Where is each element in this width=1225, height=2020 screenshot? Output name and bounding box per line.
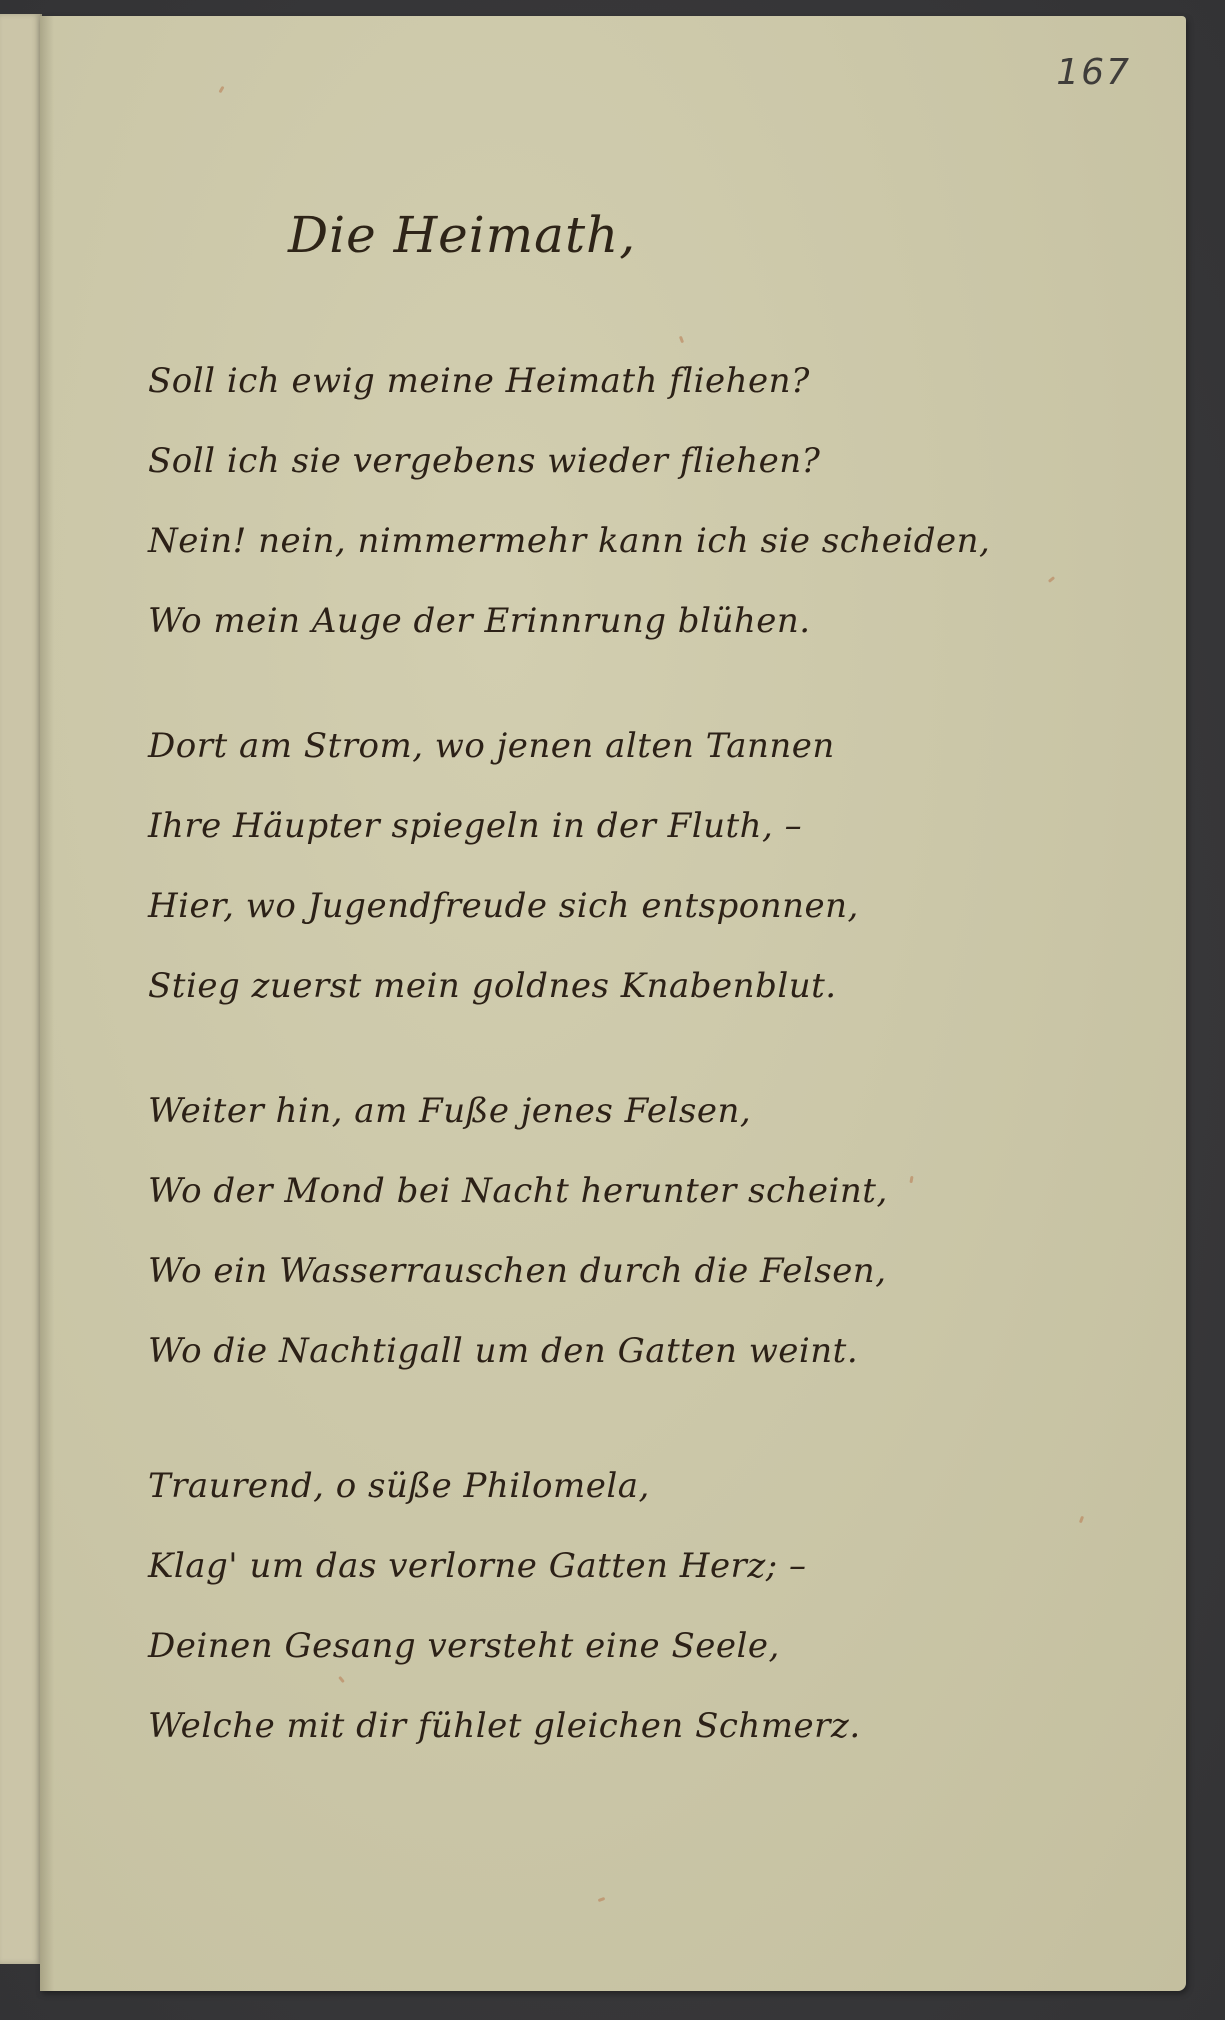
manuscript-page: 167 Die Heimath, Soll ich ewig meine Hei… <box>40 16 1186 1991</box>
stanza-2: Dort am Strom, wo jenen alten Tannen Ihr… <box>148 706 859 1026</box>
verse-line: Traurend, o süße Philomela, <box>148 1446 861 1526</box>
verse-line: Nein! nein, nimmermehr kann ich sie sche… <box>148 501 990 581</box>
stanza-3: Weiter hin, am Fuße jenes Felsen, Wo der… <box>148 1071 888 1391</box>
verse-line: Stieg zuerst mein goldnes Knabenblut. <box>148 946 859 1026</box>
facing-page-edge <box>0 14 42 1964</box>
stanza-1: Soll ich ewig meine Heimath fliehen? Sol… <box>148 341 990 661</box>
paper-fleck <box>218 86 224 94</box>
poem-title: Die Heimath, <box>288 206 636 264</box>
verse-line: Hier, wo Jugendfreude sich entsponnen, <box>148 866 859 946</box>
paper-fleck <box>1079 1516 1084 1524</box>
verse-line: Wo der Mond bei Nacht herunter scheint, <box>148 1151 888 1231</box>
paper-fleck <box>1048 576 1055 583</box>
verse-line: Soll ich ewig meine Heimath fliehen? <box>148 341 990 421</box>
folio-number: 167 <box>1056 52 1131 93</box>
stanza-4: Traurend, o süße Philomela, Klag' um das… <box>148 1446 861 1766</box>
verse-line: Ihre Häupter spiegeln in der Fluth, – <box>148 786 859 866</box>
verse-line: Soll ich sie vergebens wieder fliehen? <box>148 421 990 501</box>
verse-line: Klag' um das verlorne Gatten Herz; – <box>148 1526 861 1606</box>
verse-line: Wo mein Auge der Erinnrung blühen. <box>148 581 990 661</box>
verse-line: Wo die Nachtigall um den Gatten weint. <box>148 1311 888 1391</box>
paper-fleck <box>598 1897 606 1902</box>
paper-fleck <box>909 1176 913 1183</box>
verse-line: Welche mit dir fühlet gleichen Schmerz. <box>148 1686 861 1766</box>
verse-line: Dort am Strom, wo jenen alten Tannen <box>148 706 859 786</box>
verse-line: Wo ein Wasserrauschen durch die Felsen, <box>148 1231 888 1311</box>
verse-line: Weiter hin, am Fuße jenes Felsen, <box>148 1071 888 1151</box>
verse-line: Deinen Gesang versteht eine Seele, <box>148 1606 861 1686</box>
